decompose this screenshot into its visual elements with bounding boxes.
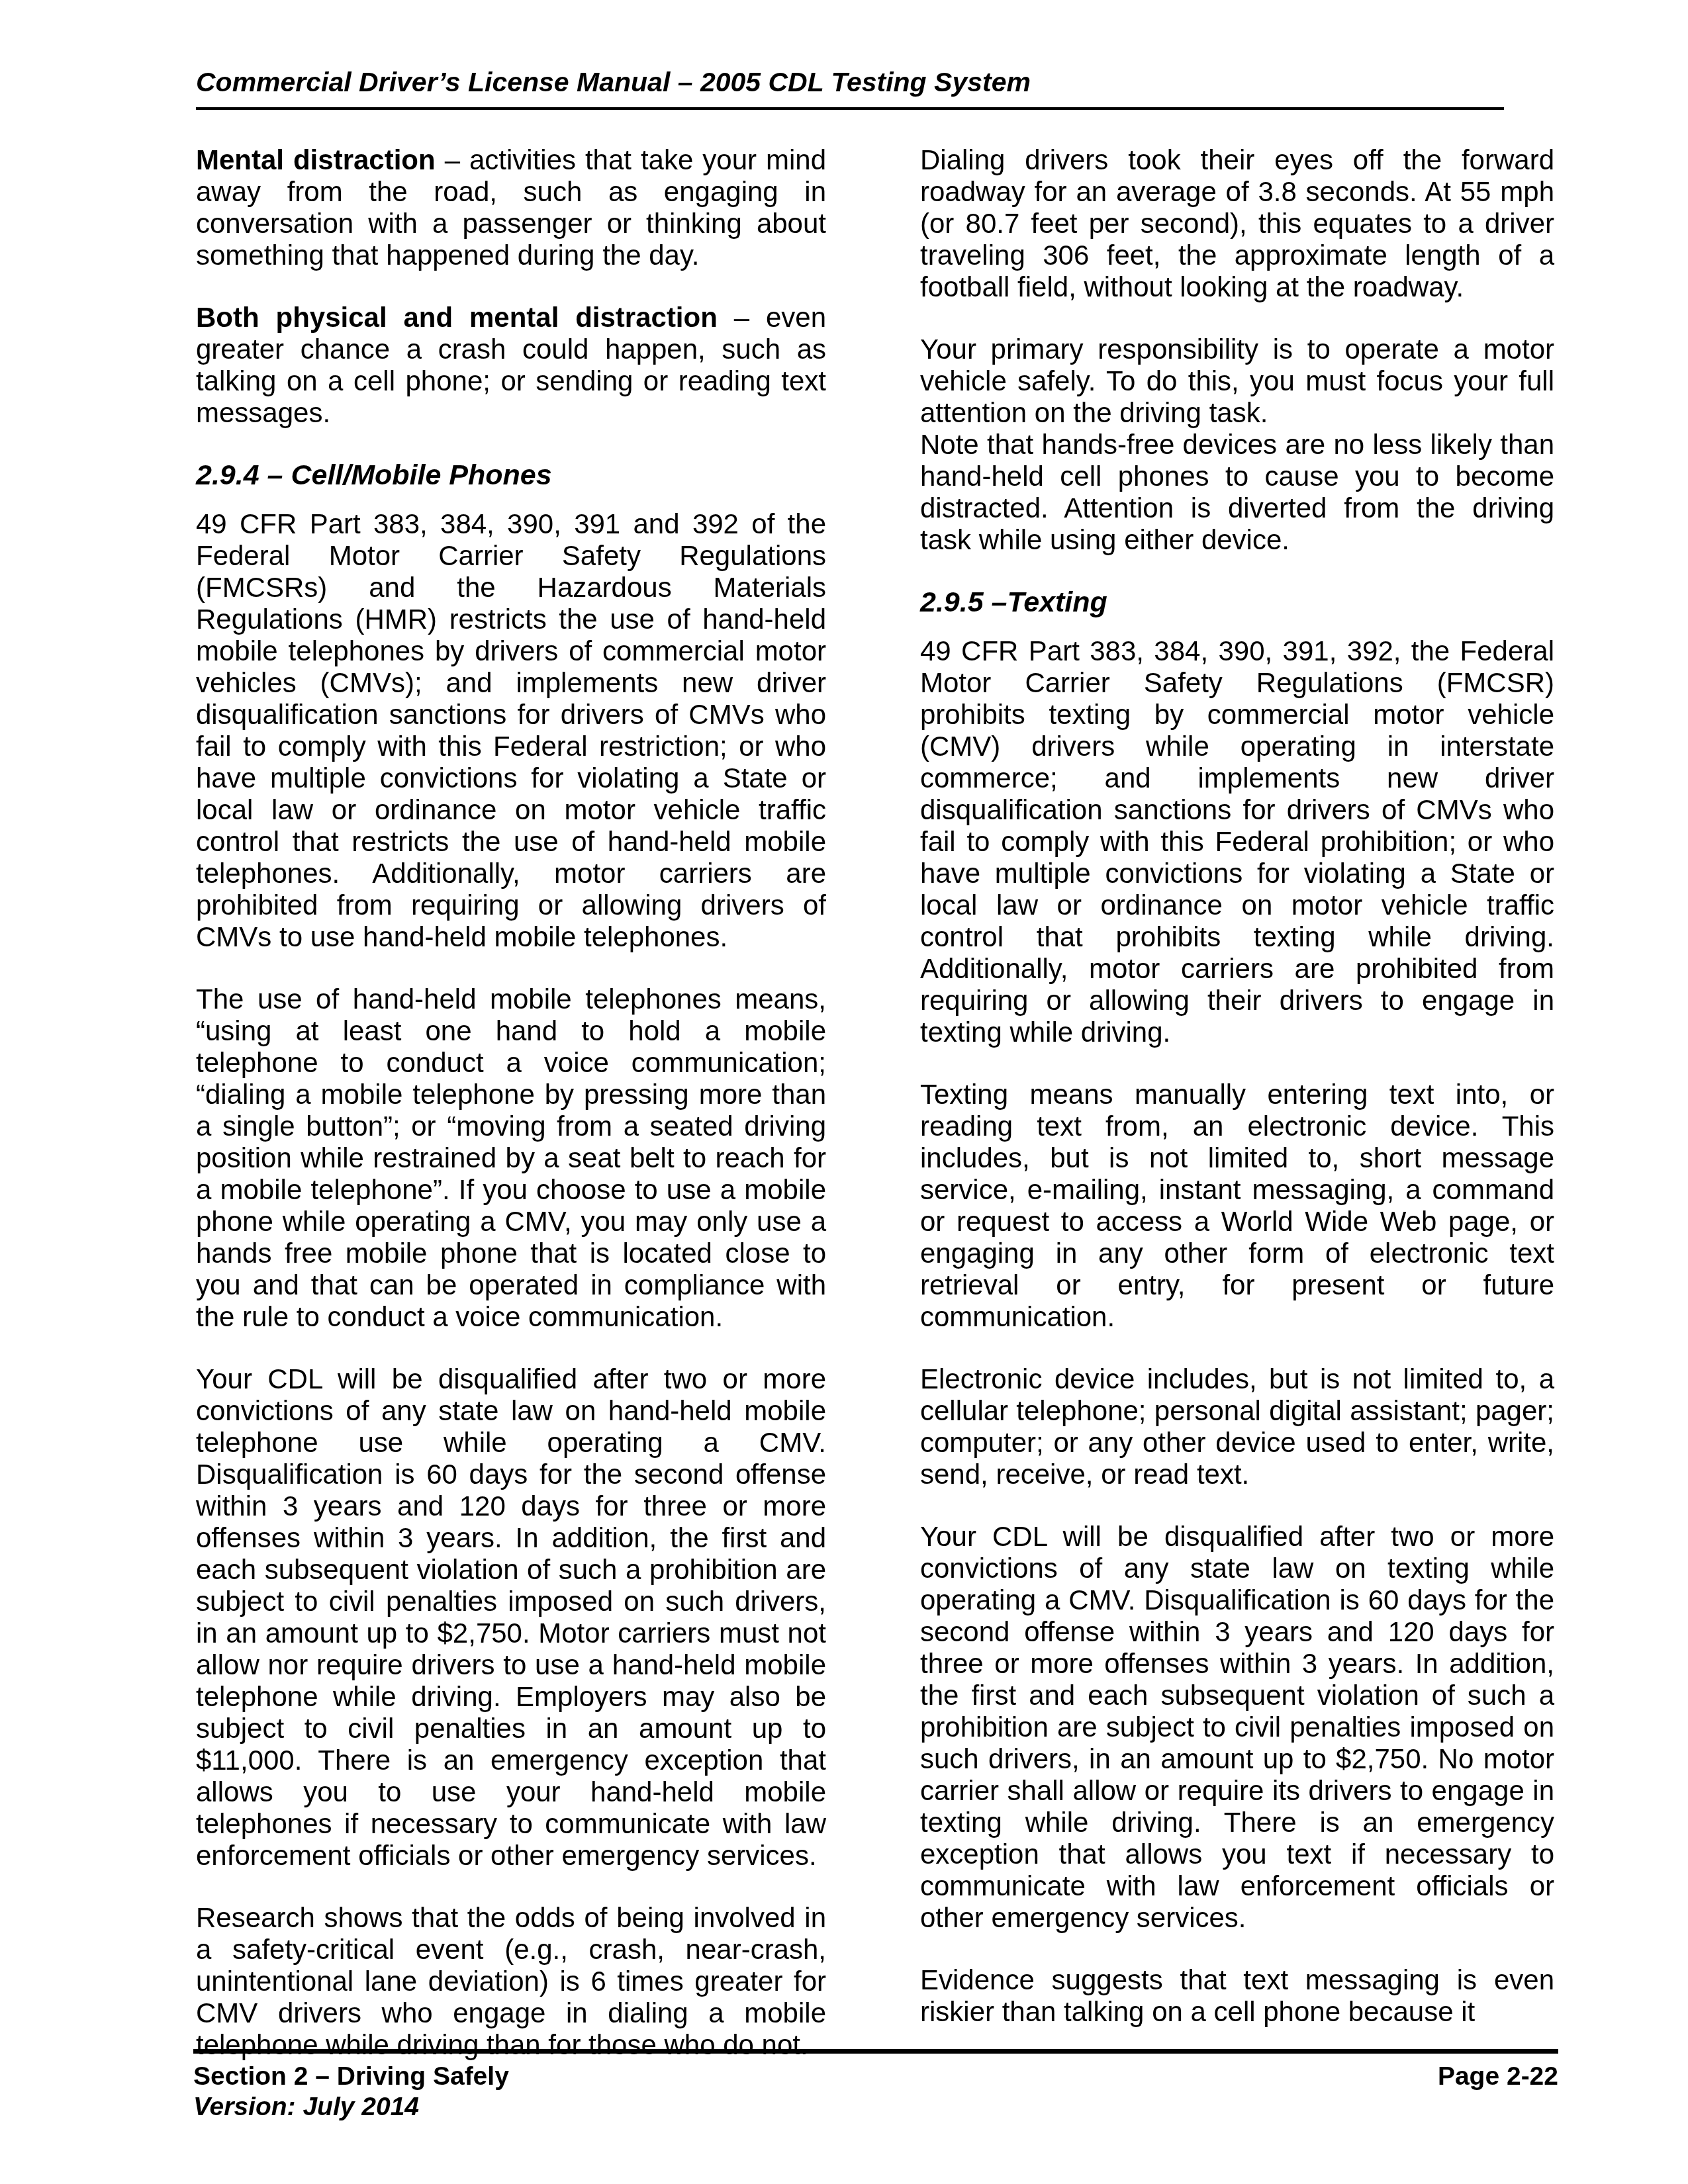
- paragraph-cdl-disqualified-handheld: Your CDL will be disqualified after two …: [196, 1363, 826, 1872]
- paragraph-both-distraction: Both physical and mental distraction – e…: [196, 302, 826, 429]
- paragraph-mental-distraction: Mental distraction – activities that tak…: [196, 144, 826, 271]
- left-column: Mental distraction – activities that tak…: [196, 144, 826, 2091]
- paragraph-evidence-suggests: Evidence suggests that text messaging is…: [920, 1964, 1554, 2028]
- paragraph-research-odds: Research shows that the odds of being in…: [196, 1902, 826, 2061]
- section-heading-2-9-4: 2.9.4 – Cell/Mobile Phones: [196, 459, 826, 491]
- paragraph-primary-responsibility: Your primary responsibility is to operat…: [920, 334, 1554, 429]
- footer-section-label: Section 2 – Driving Safely: [193, 2062, 509, 2092]
- header-title: Commercial Driver’s License Manual – 200…: [196, 68, 1504, 97]
- paragraph-cfr-handheld: 49 CFR Part 383, 384, 390, 391 and 392 o…: [196, 508, 826, 953]
- paragraph-texting-definition: Texting means manually entering text int…: [920, 1079, 1554, 1333]
- page-footer: Section 2 – Driving Safely Page 2-22 Ver…: [193, 2049, 1558, 2122]
- page-header: Commercial Driver’s License Manual – 200…: [196, 68, 1504, 110]
- bold-lead: Mental distraction: [196, 144, 436, 175]
- footer-version-label: Version: July 2014: [193, 2092, 1558, 2122]
- document-page: Commercial Driver’s License Manual – 200…: [0, 0, 1688, 2184]
- paragraph-cfr-texting: 49 CFR Part 383, 384, 390, 391, 392, the…: [920, 635, 1554, 1048]
- paragraph-hands-free-note: Note that hands-free devices are no less…: [920, 429, 1554, 556]
- paragraph-dialing-drivers: Dialing drivers took their eyes off the …: [920, 144, 1554, 303]
- section-heading-2-9-5: 2.9.5 –Texting: [920, 586, 1554, 618]
- footer-page-number: Page 2-22: [1438, 2062, 1558, 2092]
- paragraph-cdl-disqualified-texting: Your CDL will be disqualified after two …: [920, 1521, 1554, 1934]
- paragraph-electronic-device: Electronic device includes, but is not l…: [920, 1363, 1554, 1490]
- two-column-body: Mental distraction – activities that tak…: [196, 144, 1554, 2091]
- bold-lead: Both physical and mental distraction: [196, 302, 718, 333]
- right-column: Dialing drivers took their eyes off the …: [920, 144, 1554, 2091]
- footer-row: Section 2 – Driving Safely Page 2-22: [193, 2062, 1558, 2092]
- paragraph-use-definition: The use of hand-held mobile telephones m…: [196, 983, 826, 1333]
